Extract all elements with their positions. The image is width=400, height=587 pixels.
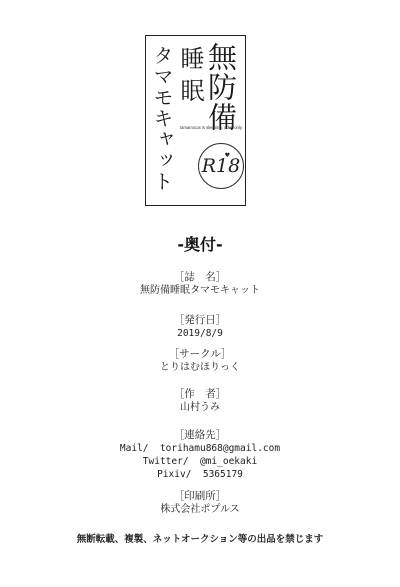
r18-badge: R18 ♥ (198, 143, 244, 189)
copyright-notice: 無断転載、複製、ネットオークション等の出品を禁じます (0, 531, 400, 545)
section-value: 無防備睡眠タマモキャット (0, 284, 400, 298)
section-value: 2019/8/9 (0, 327, 400, 340)
section-label: ［連絡先］ (0, 428, 400, 442)
section-title: ［誌 名］ 無防備睡眠タマモキャット (0, 270, 400, 298)
title-column-tamamocat: タマモキャット (152, 45, 172, 192)
section-label: ［誌 名］ (0, 270, 400, 284)
colophon-heading: -奥付- (0, 232, 400, 255)
section-label: ［発行日］ (0, 313, 400, 327)
contact-pixiv: Pixiv/ 5365179 (0, 468, 400, 481)
contact-mail: Mail/ torihamu868@gmail.com (0, 442, 400, 455)
heart-icon: ♥ (225, 152, 230, 159)
contact-twitter: Twitter/ @mi_oekaki (0, 455, 400, 468)
section-author: ［作 者］ 山村うみ (0, 387, 400, 415)
cover-subtitle: tamamocat is sleeping, adult only. (180, 125, 244, 130)
section-label: ［サークル］ (0, 347, 400, 361)
section-printer: ［印刷所］ 株式会社ポプルス (0, 489, 400, 517)
section-value: とりはむほりっく (0, 361, 400, 375)
section-value: 山村うみ (0, 401, 400, 415)
r18-label: R18 (202, 155, 240, 177)
section-label: ［印刷所］ (0, 489, 400, 503)
section-release-date: ［発行日］ 2019/8/9 (0, 313, 400, 340)
title-column-mubobi: 無防備 (206, 42, 235, 132)
section-circle: ［サークル］ とりはむほりっく (0, 347, 400, 375)
section-contact: ［連絡先］ Mail/ torihamu868@gmail.com Twitte… (0, 428, 400, 481)
section-value: 株式会社ポプルス (0, 503, 400, 517)
section-label: ［作 者］ (0, 387, 400, 401)
colophon-page: 無防備 睡眠 タマモキャット tamamocat is sleeping, ad… (0, 0, 400, 587)
title-column-suimin: 睡眠 (178, 46, 202, 110)
cover-thumbnail: 無防備 睡眠 タマモキャット tamamocat is sleeping, ad… (145, 35, 246, 206)
